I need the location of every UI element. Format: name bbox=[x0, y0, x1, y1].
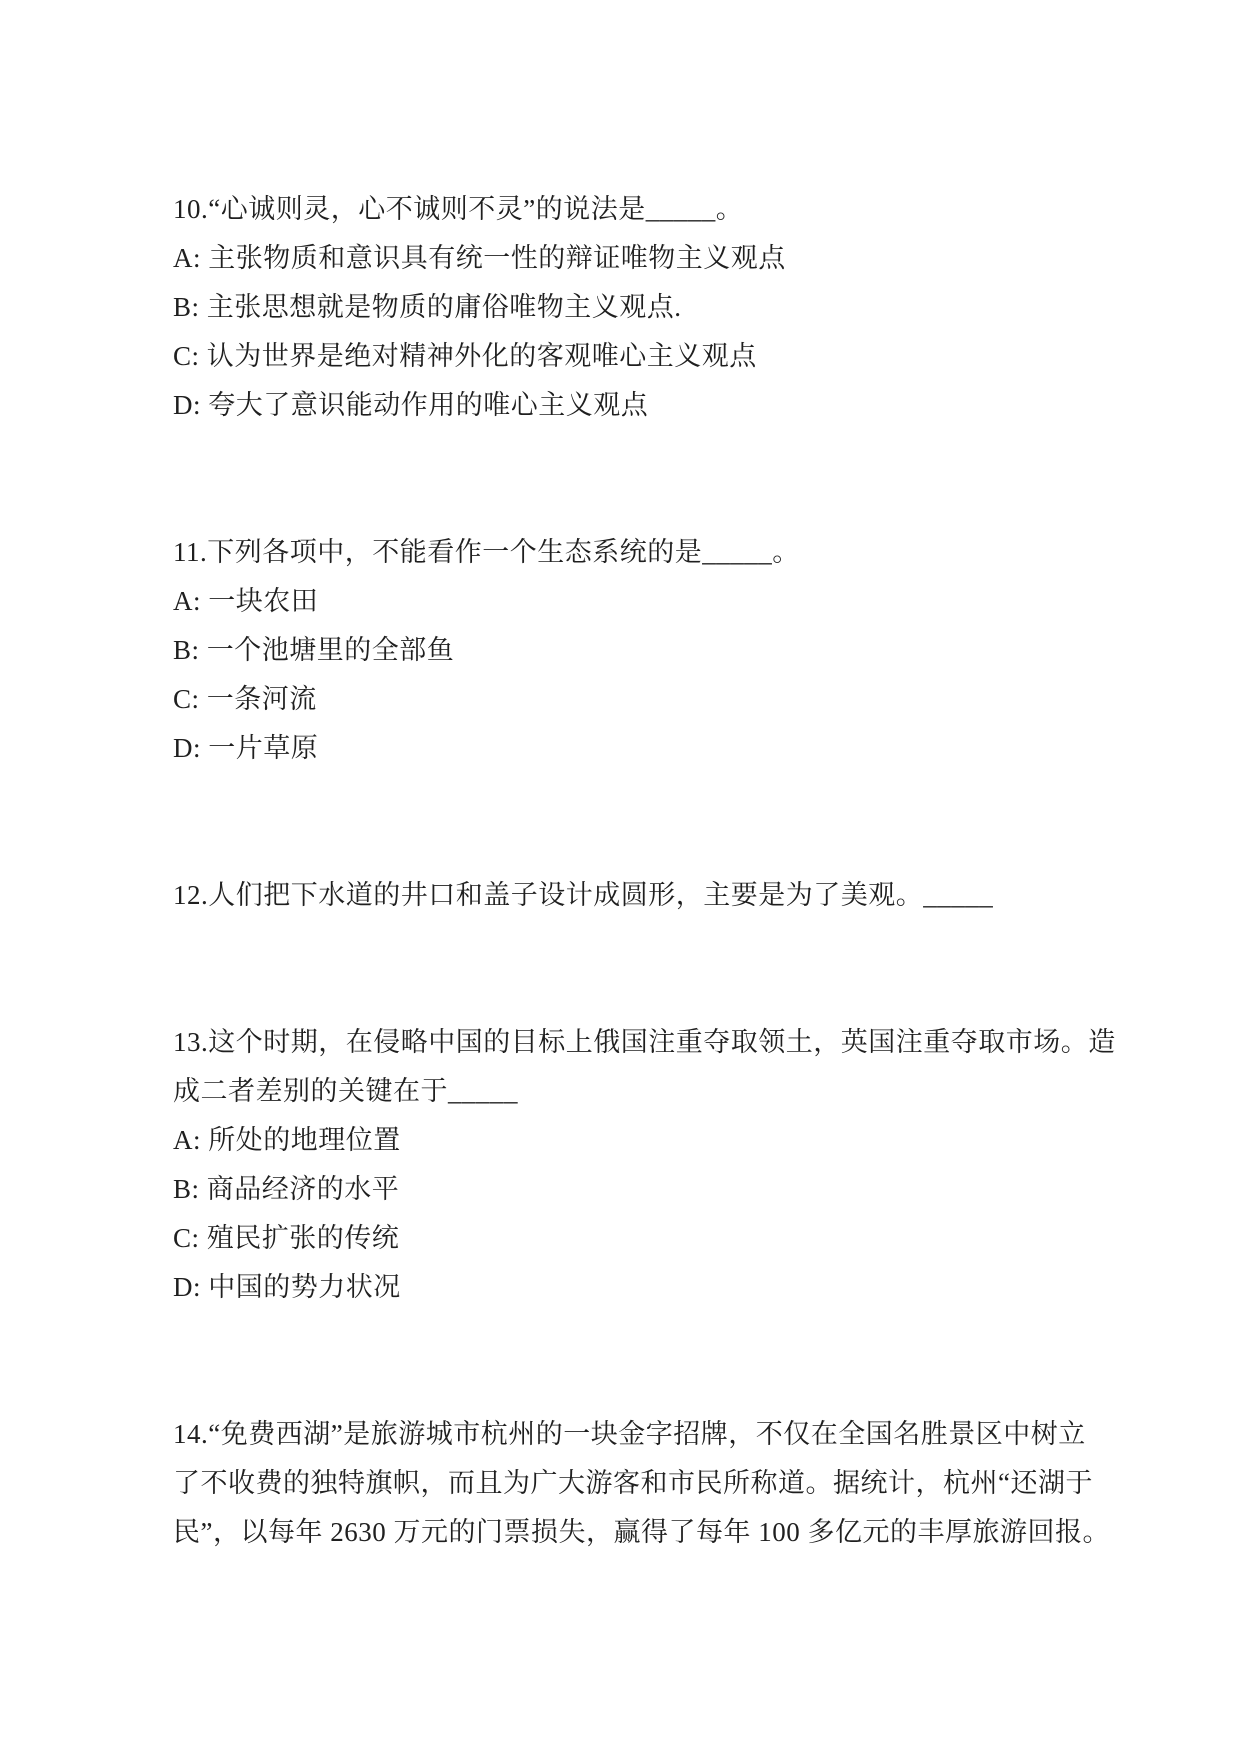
question-11-option-line: B: 一个池塘里的全部鱼 bbox=[173, 626, 1150, 675]
question-13-option-line: A: 所处的地理位置 bbox=[173, 1116, 1150, 1165]
question-13: 13.这个时期，在侵略中国的目标上俄国注重夺取领土，英国注重夺取市场。造成二者差… bbox=[173, 1018, 1150, 1312]
question-11-option-line: A: 一块农田 bbox=[173, 577, 1150, 626]
question-11-option-line: D: 一片草原 bbox=[173, 724, 1150, 773]
question-10-option-line: D: 夸大了意识能动作用的唯心主义观点 bbox=[173, 381, 1150, 430]
question-14-stem-line: 民”，以每年 2630 万元的门票损失，赢得了每年 100 多亿元的丰厚旅游回报… bbox=[173, 1508, 1150, 1557]
question-13-option-line: B: 商品经济的水平 bbox=[173, 1165, 1150, 1214]
question-13-stem-line: 成二者差别的关键在于_____ bbox=[173, 1067, 1150, 1116]
exam-document-page: 10.“心诚则灵，心不诚则不灵”的说法是_____。A: 主张物质和意识具有统一… bbox=[0, 0, 1240, 1753]
question-list: 10.“心诚则灵，心不诚则不灵”的说法是_____。A: 主张物质和意识具有统一… bbox=[173, 185, 1150, 1655]
question-13-option-line: C: 殖民扩张的传统 bbox=[173, 1214, 1150, 1263]
question-14-stem-line: 14.“免费西湖”是旅游城市杭州的一块金字招牌，不仅在全国名胜景区中树立 bbox=[173, 1410, 1150, 1459]
question-13-option-line: D: 中国的势力状况 bbox=[173, 1263, 1150, 1312]
question-14: 14.“免费西湖”是旅游城市杭州的一块金字招牌，不仅在全国名胜景区中树立了不收费… bbox=[173, 1410, 1150, 1557]
question-11-option-line: C: 一条河流 bbox=[173, 675, 1150, 724]
question-14-stem-line: 了不收费的独特旗帜，而且为广大游客和市民所称道。据统计，杭州“还湖于 bbox=[173, 1459, 1150, 1508]
question-10-stem-line: 10.“心诚则灵，心不诚则不灵”的说法是_____。 bbox=[173, 185, 1150, 234]
question-13-stem-line: 13.这个时期，在侵略中国的目标上俄国注重夺取领土，英国注重夺取市场。造 bbox=[173, 1018, 1150, 1067]
question-12-stem-line: 12.人们把下水道的井口和盖子设计成圆形，主要是为了美观。_____ bbox=[173, 871, 1150, 920]
question-10-option-line: C: 认为世界是绝对精神外化的客观唯心主义观点 bbox=[173, 332, 1150, 381]
question-10-option-line: A: 主张物质和意识具有统一性的辩证唯物主义观点 bbox=[173, 234, 1150, 283]
question-12: 12.人们把下水道的井口和盖子设计成圆形，主要是为了美观。_____ bbox=[173, 871, 1150, 920]
question-11: 11.下列各项中，不能看作一个生态系统的是_____。A: 一块农田B: 一个池… bbox=[173, 528, 1150, 773]
question-10-option-line: B: 主张思想就是物质的庸俗唯物主义观点. bbox=[173, 283, 1150, 332]
question-10: 10.“心诚则灵，心不诚则不灵”的说法是_____。A: 主张物质和意识具有统一… bbox=[173, 185, 1150, 430]
question-11-stem-line: 11.下列各项中，不能看作一个生态系统的是_____。 bbox=[173, 528, 1150, 577]
